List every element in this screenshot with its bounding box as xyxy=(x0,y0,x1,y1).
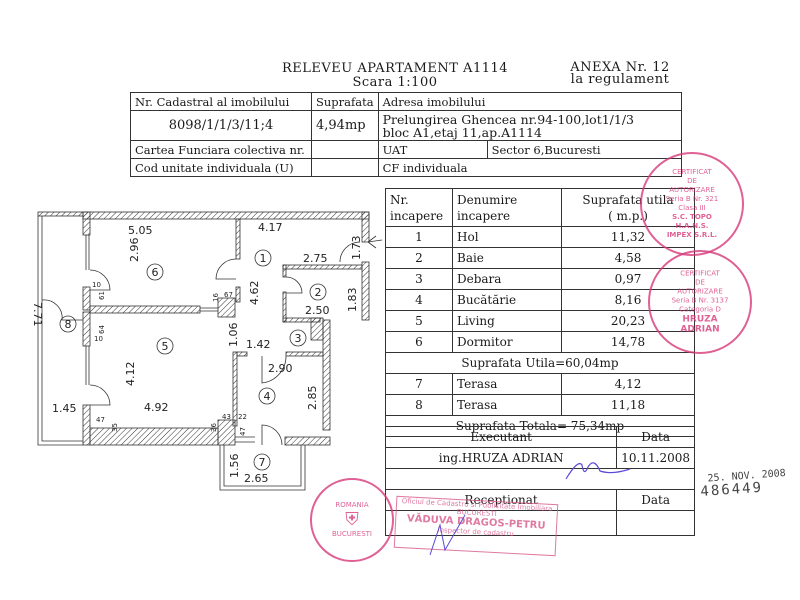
stamp-line: Clasa III xyxy=(657,204,727,213)
dim-290: 2.90 xyxy=(268,362,293,375)
topo-stamp: CERTIFICAT DE AUTORIZARE Seria B Nr. 321… xyxy=(640,152,744,256)
address-line1: Prelungirea Ghencea nr.94-100,lot1/1/3 xyxy=(383,113,677,126)
table-row: 3Debara0,97 xyxy=(386,269,695,290)
dim-505: 5.05 xyxy=(128,224,153,237)
room-number: 6 xyxy=(152,266,159,279)
room-number: 3 xyxy=(295,332,302,345)
romania-stamp: ROMANIA ⛨ BUCURESTI xyxy=(310,478,394,562)
received-date-label: Data xyxy=(617,490,695,511)
stamp-line: CERTIFICAT xyxy=(665,270,735,279)
stamp-line: HRUZA xyxy=(665,315,735,325)
terrace-area: 11,18 xyxy=(562,395,695,416)
small-dim: 22 xyxy=(238,413,247,421)
col-nr-1: Nr. xyxy=(390,192,448,208)
signature-icon xyxy=(560,455,640,485)
received-date-value xyxy=(617,511,695,536)
uat-value: Sector 6,Bucuresti xyxy=(487,141,681,159)
certificate-stamp: CERTIFICAT DE AUTORIZARE Seria B Nr. 313… xyxy=(648,250,752,354)
room-number: 2 xyxy=(315,286,322,299)
room-name: Living xyxy=(453,311,562,332)
stamp-line: ADRIAN xyxy=(665,325,735,335)
room-name: Dormitor xyxy=(453,332,562,353)
col-name-2: incapere xyxy=(457,208,557,224)
room-nr: 2 xyxy=(386,248,453,269)
stamp-line: BUCURESTI xyxy=(322,530,382,539)
inspector-signature-icon xyxy=(420,510,480,560)
small-dim: 36 xyxy=(210,423,218,432)
stamp-line: CERTIFICAT xyxy=(657,168,727,177)
date-label: Data xyxy=(617,427,695,448)
stamp-line: AUTORIZARE xyxy=(665,288,735,297)
registration-number: 486449 xyxy=(700,480,787,499)
dim-412: 4.12 xyxy=(124,362,137,387)
dim-265: 2.65 xyxy=(244,472,269,485)
dim-173: 1.73 xyxy=(350,236,363,261)
room-nr: 1 xyxy=(386,227,453,248)
uat-label: UAT xyxy=(378,141,487,159)
stamp-line: S.C. TOPO H.A.N.S. xyxy=(657,213,727,231)
small-dim: 61 xyxy=(98,291,106,300)
stamp-line: DE xyxy=(657,177,727,186)
dim-275: 2.75 xyxy=(303,252,328,265)
dim-183: 1.83 xyxy=(346,288,359,313)
room-nr: 6 xyxy=(386,332,453,353)
table-row: 2Baie4,58 xyxy=(386,248,695,269)
stamp-line: Categoria D xyxy=(665,306,735,315)
terrace-nr: 7 xyxy=(386,374,453,395)
dim-492: 4.92 xyxy=(144,401,169,414)
dim-296: 2.96 xyxy=(128,238,141,263)
room-number: 7 xyxy=(259,456,266,469)
annex-label: ANEXA Nr. 12 la regulament xyxy=(560,62,680,86)
stamp-line: Seria B Nr. 3137 xyxy=(665,297,735,306)
floor-plan: 5.05 2.96 4.17 1.73 2.75 4.62 1.83 2.50 … xyxy=(0,0,385,500)
table-row: 5Living20,23 xyxy=(386,311,695,332)
dim-106: 1.06 xyxy=(227,323,240,348)
stamp-line: AUTORIZARE xyxy=(657,186,727,195)
small-dim: 67 xyxy=(224,291,233,299)
room-name: Baie xyxy=(453,248,562,269)
room-name: Bucătărie xyxy=(453,290,562,311)
signature-area xyxy=(386,469,695,490)
room-nr: 5 xyxy=(386,311,453,332)
room-number: 1 xyxy=(260,252,267,265)
stamp-line: DE xyxy=(665,279,735,288)
table-row: 8Terasa11,18 xyxy=(386,395,695,416)
useful-total: Suprafata Utila=60,04mp xyxy=(386,353,695,374)
address-label: Adresa imobilului xyxy=(378,93,681,111)
executant-label: Executant xyxy=(386,427,617,448)
small-dim: 10 xyxy=(94,335,103,343)
col-name-1: Denumire xyxy=(457,192,557,208)
dim-250: 2.50 xyxy=(305,304,330,317)
room-number: 4 xyxy=(264,390,271,403)
dim-771: 7.71 xyxy=(31,302,44,327)
terrace-nr: 8 xyxy=(386,395,453,416)
small-dim: 47 xyxy=(96,416,105,424)
table-row: 7Terasa4,12 xyxy=(386,374,695,395)
terrace-name: Terasa xyxy=(453,374,562,395)
stamp-line: IMPEX S.R.L. xyxy=(657,231,727,240)
small-dim: 16 xyxy=(212,293,220,302)
cf-individual-label: CF individuala xyxy=(378,159,681,177)
dim-462: 4.62 xyxy=(248,281,261,306)
dim-285: 2.85 xyxy=(306,386,319,411)
small-dim: 64 xyxy=(98,325,106,334)
dim-417: 4.17 xyxy=(258,221,283,234)
room-nr: 3 xyxy=(386,269,453,290)
address-line2: bloc A1,etaj 11,ap.A1114 xyxy=(383,126,677,139)
received-date-stamp: 25. NOV. 2008 486449 xyxy=(699,467,787,499)
room-number: 5 xyxy=(162,340,169,353)
small-dim: 35 xyxy=(111,423,119,432)
room-name: Hol xyxy=(453,227,562,248)
terrace-area: 4,12 xyxy=(562,374,695,395)
terrace-name: Terasa xyxy=(453,395,562,416)
room-nr: 4 xyxy=(386,290,453,311)
annex-line2: la regulament xyxy=(560,74,680,86)
room-number: 8 xyxy=(65,318,72,331)
coat-of-arms-icon: ⛨ xyxy=(322,510,382,530)
small-dim: 47 xyxy=(239,427,247,436)
dim-145: 1.45 xyxy=(52,402,77,415)
room-name: Debara xyxy=(453,269,562,290)
table-row: 6Dormitor14,78 xyxy=(386,332,695,353)
stamp-line: Seria B Nr. 321 xyxy=(657,195,727,204)
dim-156: 1.56 xyxy=(228,454,241,479)
small-dim: 10 xyxy=(92,281,101,289)
dim-142: 1.42 xyxy=(246,338,271,351)
col-nr-2: incapere xyxy=(390,208,448,224)
small-dim: 43 xyxy=(222,413,231,421)
